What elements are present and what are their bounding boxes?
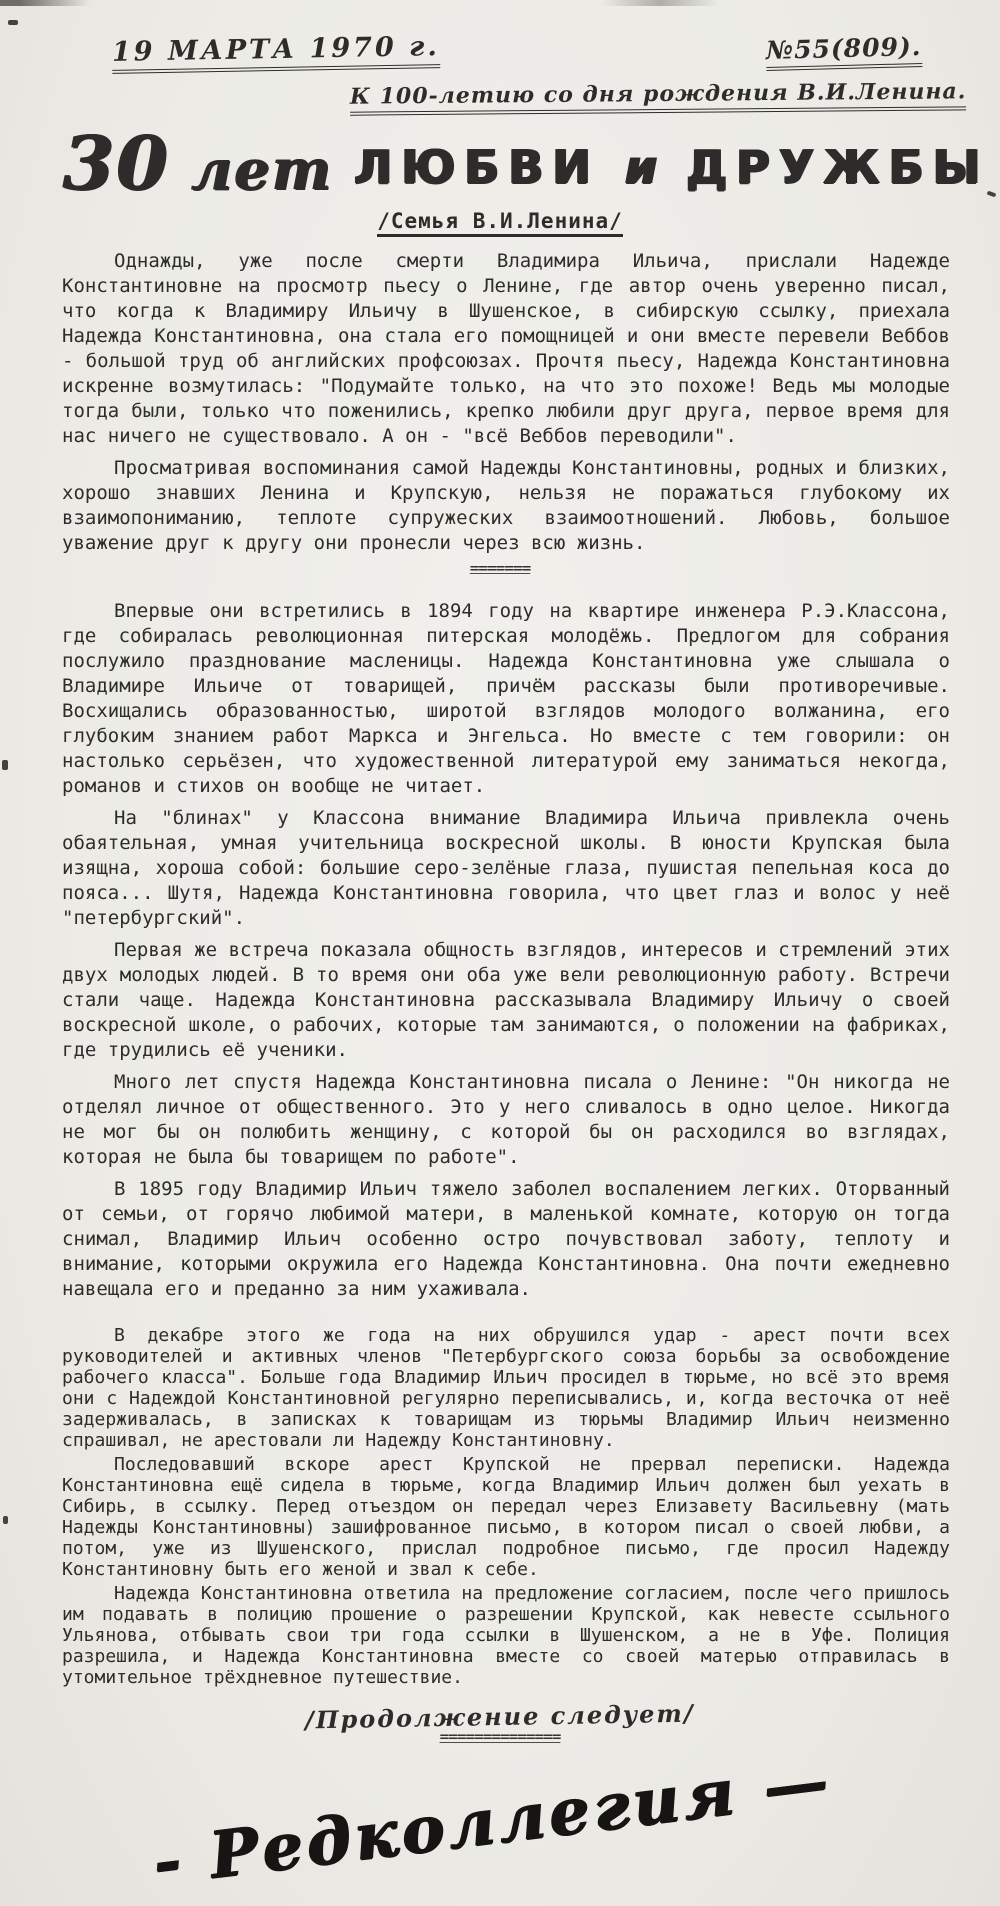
title-caps-1: ЛЮБВИ [354,140,625,194]
document-header: 19 МАРТА 1970 г. №55(809). [0,0,1000,71]
section-divider: ======= [0,563,1000,573]
title-caps-lc: и [625,140,661,194]
paragraph: В декабре этого же года на них обрушился… [62,1325,950,1451]
dedication-text: К 100-летию со дня рождения В.И.Ленина. [349,78,966,115]
scan-speckle [3,1516,8,1524]
body-section-3: В декабре этого же года на них обрушился… [0,1309,1000,1688]
body-section-2: Впервые они встретились в 1894 году на к… [0,583,1000,1302]
title-caps-2: ДРУЖБЫ [661,140,989,194]
signature-row: - Редколлегия — [149,1722,1000,1900]
paragraph: Последовавший вскоре арест Крупской не п… [62,1454,950,1580]
scan-speckle [2,760,8,770]
subtitle-row: /Семья В.И.Ленина/ [0,209,1000,233]
scanned-document-page: 19 МАРТА 1970 г. №55(809). К 100-летию с… [0,0,1000,1906]
issue-number: №55(809). [766,32,922,71]
paragraph: Впервые они встретились в 1894 году на к… [62,599,950,799]
title-word: лет [169,137,354,203]
scan-speckle [8,20,18,25]
paragraph: Просматривая воспоминания самой Надежды … [62,456,950,556]
paragraph: В 1895 году Владимир Ильич тяжело заболе… [62,1177,950,1302]
title-number: 30 [62,121,169,207]
title-script-part: 30 лет [62,121,354,207]
paragraph: Первая же встреча показала общность взгл… [62,938,950,1063]
issue-date: 19 МАРТА 1970 г. [112,31,440,74]
paragraph: На "блинах" у Классона внимание Владимир… [62,806,950,931]
page-title: 30 лет ЛЮБВИ и ДРУЖБЫ [0,113,1000,201]
typed-underline: ============== [440,1728,561,1744]
paragraph: Однажды, уже после смерти Владимира Ильи… [62,249,950,449]
paragraph: Много лет спустя Надежда Константиновна … [62,1070,950,1170]
subtitle: /Семья В.И.Ленина/ [377,209,623,237]
body-section-1: Однажды, уже после смерти Владимира Ильи… [0,233,1000,556]
title-caps-part: ЛЮБВИ и ДРУЖБЫ [354,140,989,194]
paragraph: Надежда Константиновна ответила на предл… [62,1583,950,1688]
editorial-board-signature: - Редколлегия — [149,1743,835,1901]
dedication-row: К 100-летию со дня рождения В.И.Ленина. [0,71,1000,113]
typed-divider: ======= [470,564,530,573]
